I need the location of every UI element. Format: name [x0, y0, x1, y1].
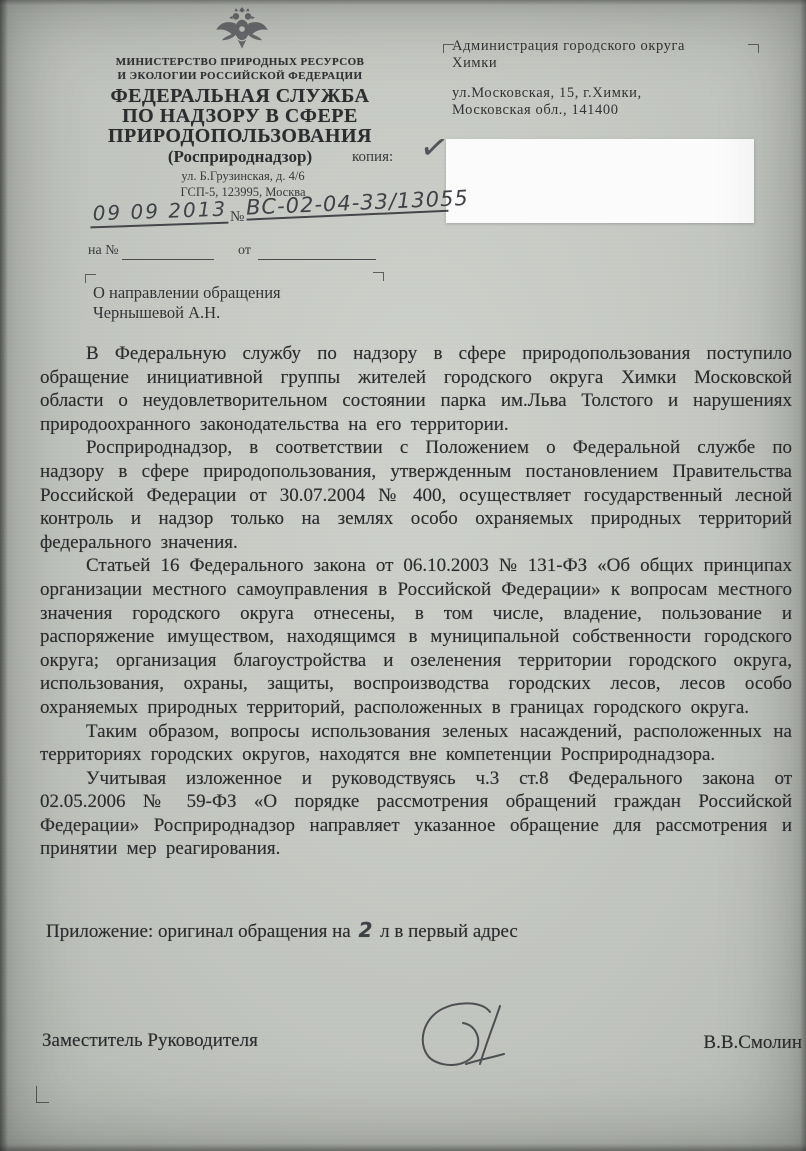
recipient-address: ул.Московская, 15, г.Химки, Московская о…: [452, 85, 752, 119]
number-sign-label: №: [230, 209, 244, 226]
reply-to-underline: [122, 259, 214, 260]
signer-position-title: Заместитель Руководителя: [42, 1030, 258, 1052]
attachment-suffix: л в первый адрес: [380, 921, 518, 942]
russian-coat-of-arms-icon: [214, 3, 270, 55]
date-handwritten: 09 09 2013: [90, 197, 231, 226]
signature-scribble-icon: [412, 998, 517, 1080]
from-underline: [258, 259, 376, 260]
service-line3: ПРИРОДОПОЛЬЗОВАНИЯ: [70, 126, 410, 146]
attachment-line: Приложение: оригинал обращения на 2 л в …: [46, 918, 518, 943]
subject-line2: Чернышевой А.Н.: [93, 303, 393, 323]
corner-mark: [373, 272, 384, 281]
body-paragraph: В Федеральную службу по надзору в сфере …: [40, 342, 792, 436]
ministry-name: МИНИСТЕРСТВО ПРИРОДНЫХ РЕСУРСОВ И ЭКОЛОГ…: [88, 55, 392, 83]
recipient-name: Администрация городского округа Химки: [452, 38, 752, 72]
scan-edge-shadow-left: [0, 0, 8, 1151]
body-paragraph: Росприроднадзор, в соответствии с Положе…: [40, 436, 792, 554]
issuer-address-line1: ул. Б.Грузинская, д. 4/6: [148, 169, 338, 185]
attachment-count-handwritten: 2: [358, 918, 372, 942]
recipient-line1: Администрация городского округа: [452, 38, 752, 55]
body-paragraph: Статьей 16 Федерального закона от 06.10.…: [40, 554, 792, 719]
from-label: от: [238, 243, 251, 259]
service-name: ФЕДЕРАЛЬНАЯ СЛУЖБА ПО НАДЗОРУ В СФЕРЕ ПР…: [70, 86, 410, 146]
corner-mark: [85, 274, 96, 283]
signer-name: В.В.Смолин: [703, 1032, 802, 1054]
subject-block: О направлении обращения Чернышевой А.Н.: [93, 283, 393, 322]
reply-to-label: на №: [88, 243, 119, 259]
copy-label: копия:: [352, 149, 393, 166]
recipient-line2: Химки: [452, 55, 752, 72]
outgoing-date: 09 09 2013: [90, 197, 231, 229]
service-line1: ФЕДЕРАЛЬНАЯ СЛУЖБА: [70, 86, 410, 106]
service-line2: ПО НАДЗОРУ В СФЕРЕ: [70, 106, 410, 126]
subject-line1: О направлении обращения: [93, 283, 393, 303]
body-paragraph: Учитывая изложенное и руководствуясь ч.3…: [40, 767, 792, 861]
attachment-prefix: Приложение: оригинал обращения на: [46, 921, 351, 942]
recipient-address-line2: Московская обл., 141400: [452, 102, 752, 119]
letter-body: В Федеральную службу по надзору в сфере …: [40, 342, 792, 861]
recipient-address-line1: ул.Московская, 15, г.Химки,: [452, 85, 752, 102]
ministry-line2: И ЭКОЛОГИИ РОССИЙСКОЙ ФЕДЕРАЦИИ: [88, 69, 392, 83]
scanned-letter-page: МИНИСТЕРСТВО ПРИРОДНЫХ РЕСУРСОВ И ЭКОЛОГ…: [0, 0, 806, 1151]
scan-edge-shadow-right: [800, 0, 806, 1151]
redaction-box: [446, 139, 754, 223]
corner-mark: [36, 1086, 49, 1103]
ministry-line1: МИНИСТЕРСТВО ПРИРОДНЫХ РЕСУРСОВ: [88, 55, 392, 69]
service-short-name: (Росприроднадзор): [90, 147, 390, 167]
scan-edge-shadow-top: [0, 0, 806, 5]
body-paragraph: Таким образом, вопросы использования зел…: [40, 720, 792, 767]
scan-edge-shadow-bottom: [0, 1144, 806, 1151]
